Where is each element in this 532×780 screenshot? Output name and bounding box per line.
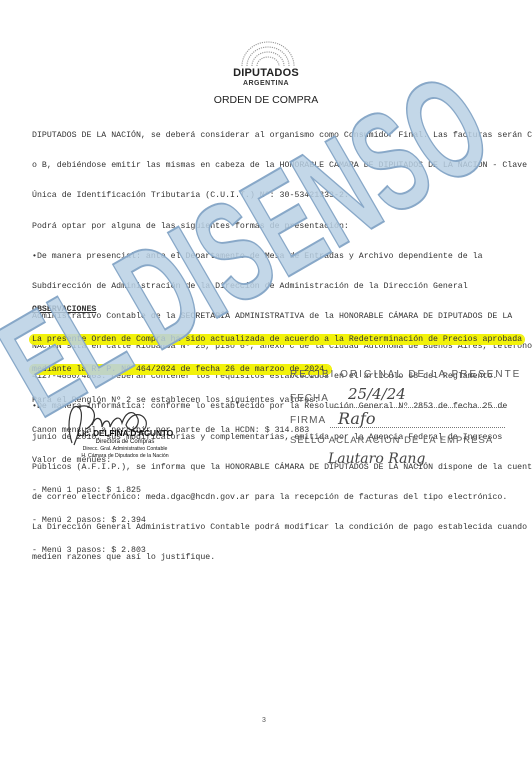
date-rule: [330, 407, 505, 408]
handwritten-date: 25/4/24: [348, 385, 406, 403]
body-line: o B, debiéndose emitir las mismas en cab…: [32, 161, 532, 171]
brand-subtitle: ARGENTINA: [0, 80, 532, 87]
highlighted-line: mediante la R. P. Nº 464/2024 de fecha 2…: [30, 365, 331, 374]
body-line: Única de Identificación Tributaria (C.U.…: [32, 191, 532, 201]
body-line: •De manera presencial: ante el Departame…: [32, 252, 532, 262]
body-line: Podrá optar por alguna de las siguientes…: [32, 222, 532, 232]
signer-institution: H. Cámara de Diputados de la Nación: [55, 453, 195, 459]
congress-hemicycle-icon: [238, 40, 298, 66]
brand-title: DIPUTADOS: [0, 67, 532, 79]
stamp-received-label: RECIBI ORIGINAL DE LA PRESENTE: [290, 369, 521, 380]
highlighted-line: La presente Orden de Compra ha sido actu…: [30, 335, 524, 344]
stamp-date-label: FECHA: [290, 393, 329, 404]
signer-name: Lic. DELFINA D'ACUNTO: [55, 428, 195, 438]
stamp-seal-label: SELLO ACLARACION DE LA EMPRESA: [290, 435, 493, 446]
handwritten-clarification: Lautaro Rang: [328, 451, 425, 467]
observations-heading: OBSERVACIONES: [32, 305, 96, 314]
stamp-signature-label: FIRMA: [290, 415, 326, 426]
page-number: 3: [262, 717, 266, 724]
signer-department: Direcc. Gral. Administrativo Contable: [55, 446, 195, 452]
signer-role: Directora de Compras: [55, 439, 195, 445]
body-line: DIPUTADOS DE LA NACIÓN, se deberá consid…: [32, 131, 532, 141]
document-page: DIPUTADOS ARGENTINA ORDEN DE COMPRA DIPU…: [0, 0, 532, 780]
handwritten-signature-receiver: Rafo: [338, 409, 376, 428]
menu-price-item: - Menú 3 pasos: $ 2.803: [32, 546, 532, 556]
menu-price-item: - Menú 1 paso: $ 1.825: [32, 486, 532, 496]
menu-price-item: - Menú 2 pasos: $ 2.394: [32, 516, 532, 526]
receipt-stamp: RECIBI ORIGINAL DE LA PRESENTE FECHA 25/…: [290, 363, 510, 473]
document-title: ORDEN DE COMPRA: [0, 94, 532, 106]
